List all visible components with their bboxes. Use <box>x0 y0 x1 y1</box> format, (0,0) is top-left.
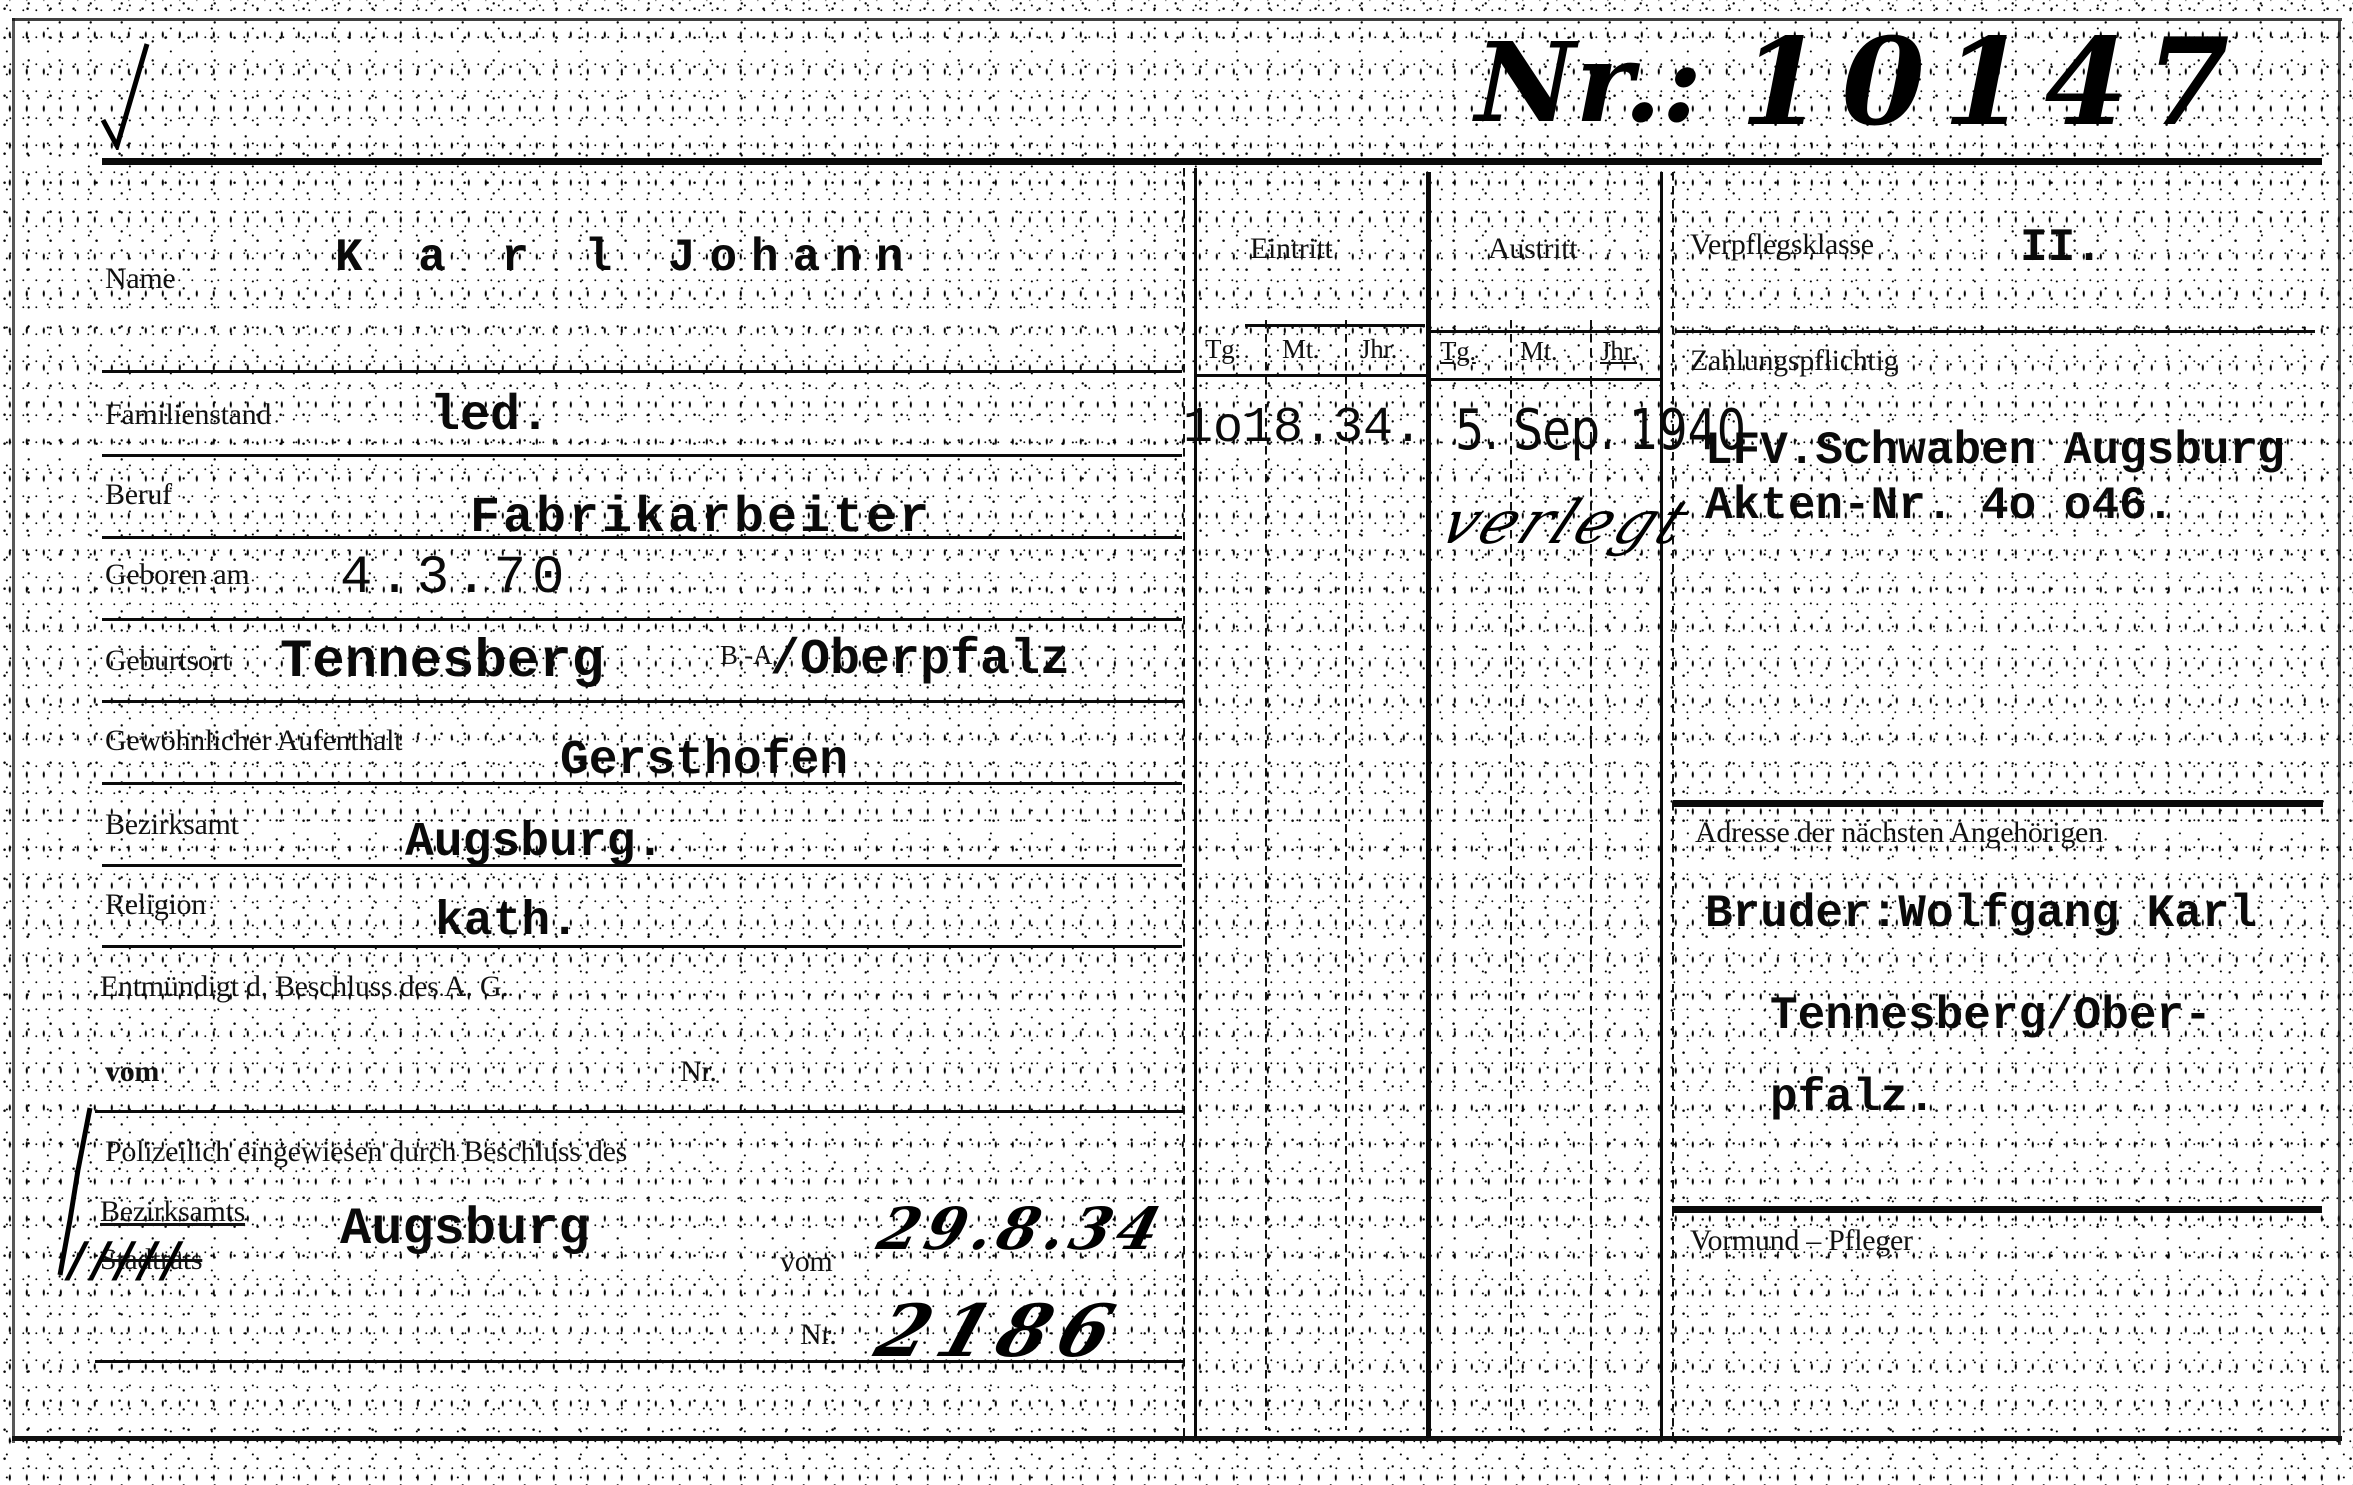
eintritt-sub-rule <box>1194 374 1426 377</box>
angehoerige-line3: pfalz. <box>1770 1072 1936 1124</box>
verpflegsklasse-label: Verpflegsklasse <box>1690 228 1874 262</box>
polizeilich-nr-label: Nr. <box>800 1318 837 1352</box>
familienstand-label: Familienstand <box>105 398 271 432</box>
eintritt-sub-tg: Tg. <box>1205 334 1241 365</box>
eintritt-left-border <box>1194 168 1197 1438</box>
geburtsort-label: Geburtsort <box>105 644 230 678</box>
austritt-sub-rule <box>1430 378 1660 381</box>
polizeilich-label: Polizeilich eingewiesen durch Beschluss … <box>105 1135 627 1169</box>
polizeilich-value: Augsburg <box>340 1200 590 1259</box>
austritt-annotation: verlegt <box>1429 488 1705 558</box>
austritt-sub-divider-1 <box>1510 320 1512 1430</box>
zahlungspflichtig-line2: Akten-Nr. 4o o46. <box>1705 480 2174 532</box>
beruf-label: Beruf <box>105 478 172 512</box>
name-label: Name <box>105 262 175 296</box>
eintritt-header-rule <box>1245 324 1425 327</box>
polizeilich-rule <box>95 1360 1185 1363</box>
beruf-rule <box>102 536 1182 539</box>
eintritt-sub-divider-1 <box>1265 320 1267 1430</box>
eintritt-sub-divider-2 <box>1345 320 1347 1430</box>
familienstand-rule <box>102 454 1182 457</box>
angehoerige-line1: Bruder:Wolfgang Karl <box>1705 888 2257 940</box>
entmuendigt-label: Entmündigt d. Beschluss des A. G. <box>100 970 508 1004</box>
eintritt-sub-mt: Mt. <box>1282 334 1319 365</box>
austritt-right-border <box>1660 172 1663 1438</box>
name-value: K a r l Johann <box>335 232 917 284</box>
card-border-right <box>2338 20 2341 1445</box>
austritt-header: Austritt <box>1488 232 1577 266</box>
bezirksamt-value: Augsburg. <box>405 816 664 870</box>
stadtrats-strike-marks: ///// <box>68 1232 186 1288</box>
aufenthalt-value: Gersthofen <box>560 734 848 788</box>
angehoerige-label: Adresse der nächsten Angehörigen <box>1695 816 2103 850</box>
card-border-bottom <box>12 1436 2342 1441</box>
eintritt-header: Eintritt <box>1250 232 1333 266</box>
geburtsort-value: Tennesberg <box>280 632 604 693</box>
polizeilich-bezirksamts-label: Bezirksamts <box>100 1195 245 1229</box>
entmuendigt-nr-label: Nr. <box>680 1055 717 1089</box>
geburtsort-rule <box>102 700 1182 703</box>
left-col-divider <box>1183 168 1185 1438</box>
aufenthalt-rule <box>102 782 1182 785</box>
middle-divider <box>1426 172 1431 1438</box>
austritt-sub-jhr: Jhr. <box>1600 336 1637 367</box>
check-mark-icon <box>95 40 155 150</box>
religion-label: Religion <box>105 888 206 922</box>
geboren-rule <box>102 618 1182 621</box>
bezirksamt-rule <box>102 864 1182 867</box>
entmuendigt-vom-label: vom <box>105 1055 159 1089</box>
religion-rule <box>102 945 1182 948</box>
vormund-label: Vormund – Pfleger <box>1690 1224 1913 1258</box>
angehoerige-rule <box>1673 800 2323 807</box>
angehoerige-line2: Tennesberg/Ober- <box>1770 990 2212 1042</box>
polizeilich-vom-value: 29.8.34 <box>871 1195 1173 1263</box>
card-number-value: 10147 <box>1740 12 2247 153</box>
geboren-label: Geboren am <box>105 558 249 592</box>
card-border-left <box>12 18 15 1443</box>
entmuendigt-rule <box>95 1110 1185 1113</box>
familienstand-value: led. <box>430 388 550 445</box>
religion-value: kath. <box>435 895 579 949</box>
card-number-label: Nr.: <box>1475 18 1702 147</box>
austritt-stamp-value: 5. Sep. 1940 <box>1455 398 1746 463</box>
austritt-sub-tg: Tg. <box>1440 336 1476 367</box>
verpflegsklasse-value: II. <box>2020 222 2103 274</box>
name-rule <box>102 370 1182 373</box>
eintritt-value: 1o18.34. <box>1183 400 1423 457</box>
verpflegsklasse-rule <box>1675 330 2315 333</box>
register-card: Nr.: 10147 Name K a r l Johann Familiens… <box>0 0 2353 1485</box>
geboren-value: 4.3.70 <box>340 548 570 609</box>
eintritt-sub-jhr: Jhr. <box>1360 334 1397 365</box>
vormund-rule <box>1672 1206 2322 1213</box>
aufenthalt-label: Gewöhnlicher Aufenthalt <box>105 724 402 758</box>
zahlungspflichtig-label: Zahlungspflichtig <box>1690 344 1898 378</box>
zahlungspflichtig-line1: LFV.Schwaben Augsburg <box>1705 425 2285 477</box>
bezirksamt-label: Bezirksamt <box>105 808 239 842</box>
austritt-sub-mt: Mt. <box>1520 336 1557 367</box>
austritt-sub-divider-2 <box>1590 320 1592 1430</box>
header-rule <box>102 158 2322 165</box>
austritt-header-rule <box>1430 330 1660 333</box>
polizeilich-vom-label: vom <box>780 1245 832 1279</box>
geburtsort-region-value: /Oberpfalz <box>770 632 1070 689</box>
